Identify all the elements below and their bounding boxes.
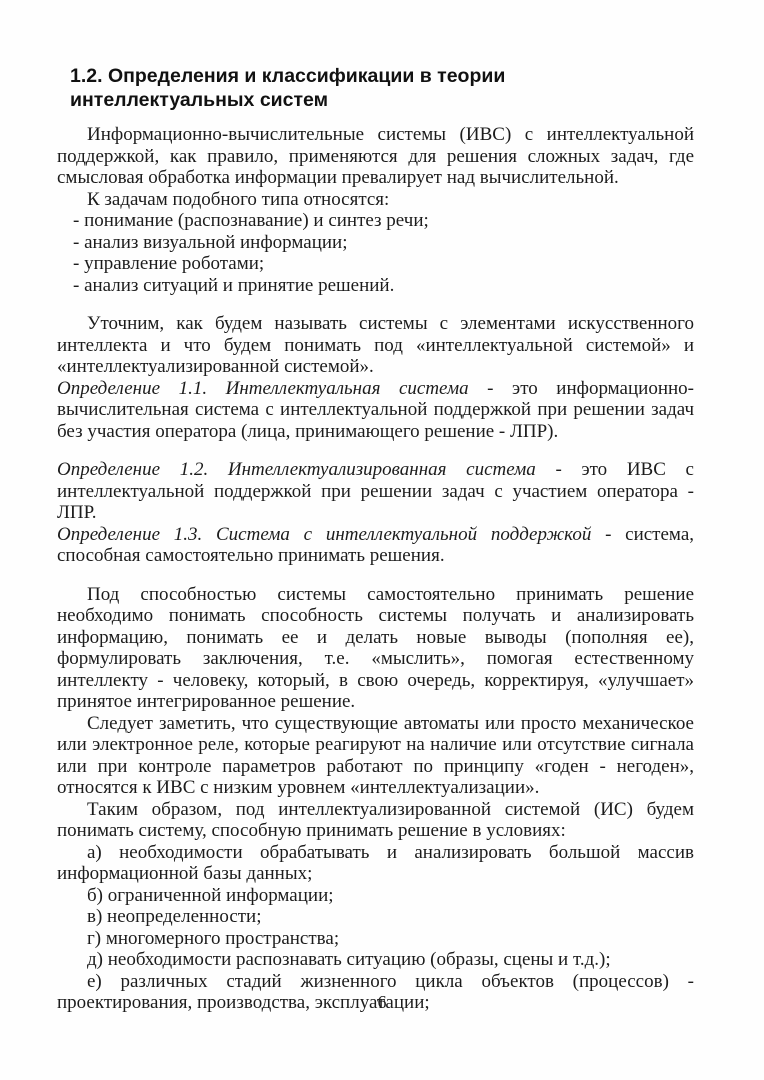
paragraph-clarify: Уточним, как будем называть системы с эл…	[57, 313, 694, 378]
document-page: 1.2. Определения и классификации в теори…	[0, 0, 764, 1080]
definition-1-3: Определение 1.3. Система с интеллектуаль…	[57, 524, 694, 567]
condition-item: в) неопределенности;	[57, 906, 694, 928]
condition-item: г) многомерного пространства;	[57, 928, 694, 950]
paragraph-tasks-lead: К задачам подобного типа относятся:	[57, 189, 694, 211]
task-list-item: - управление роботами;	[57, 253, 694, 275]
paragraph-intro: Информационно-вычислительные системы (ИВ…	[57, 124, 694, 189]
definition-1-2-term: Определение 1.2. Интеллектуализированная…	[57, 459, 536, 480]
conditions-list: а) необходимости обрабатывать и анализир…	[57, 842, 694, 1014]
definition-1-2: Определение 1.2. Интеллектуализированная…	[57, 459, 694, 524]
condition-item: д) необходимости распознавать ситуацию (…	[57, 949, 694, 971]
paragraph-thus: Таким образом, под интеллектуализированн…	[57, 799, 694, 842]
paragraph-ability: Под способностью системы самостоятельно …	[57, 584, 694, 713]
task-list-item: - анализ ситуаций и принятие решений.	[57, 275, 694, 297]
definition-1-1-term: Определение 1.1. Интеллектуальная систем…	[57, 378, 469, 399]
definition-1-3-term: Определение 1.3. Система с интеллектуаль…	[57, 524, 591, 545]
task-list-item: - анализ визуальной информации;	[57, 232, 694, 254]
condition-item: а) необходимости обрабатывать и анализир…	[57, 842, 694, 885]
task-list-item: - понимание (распознавание) и синтез реч…	[57, 210, 694, 232]
condition-item: б) ограниченной информации;	[57, 885, 694, 907]
section-heading: 1.2. Определения и классификации в теори…	[70, 64, 694, 112]
task-list: - понимание (распознавание) и синтез реч…	[57, 210, 694, 296]
paragraph-note: Следует заметить, что существующие автом…	[57, 713, 694, 799]
page-number: 6	[0, 992, 764, 1012]
definition-1-1: Определение 1.1. Интеллектуальная систем…	[57, 378, 694, 443]
